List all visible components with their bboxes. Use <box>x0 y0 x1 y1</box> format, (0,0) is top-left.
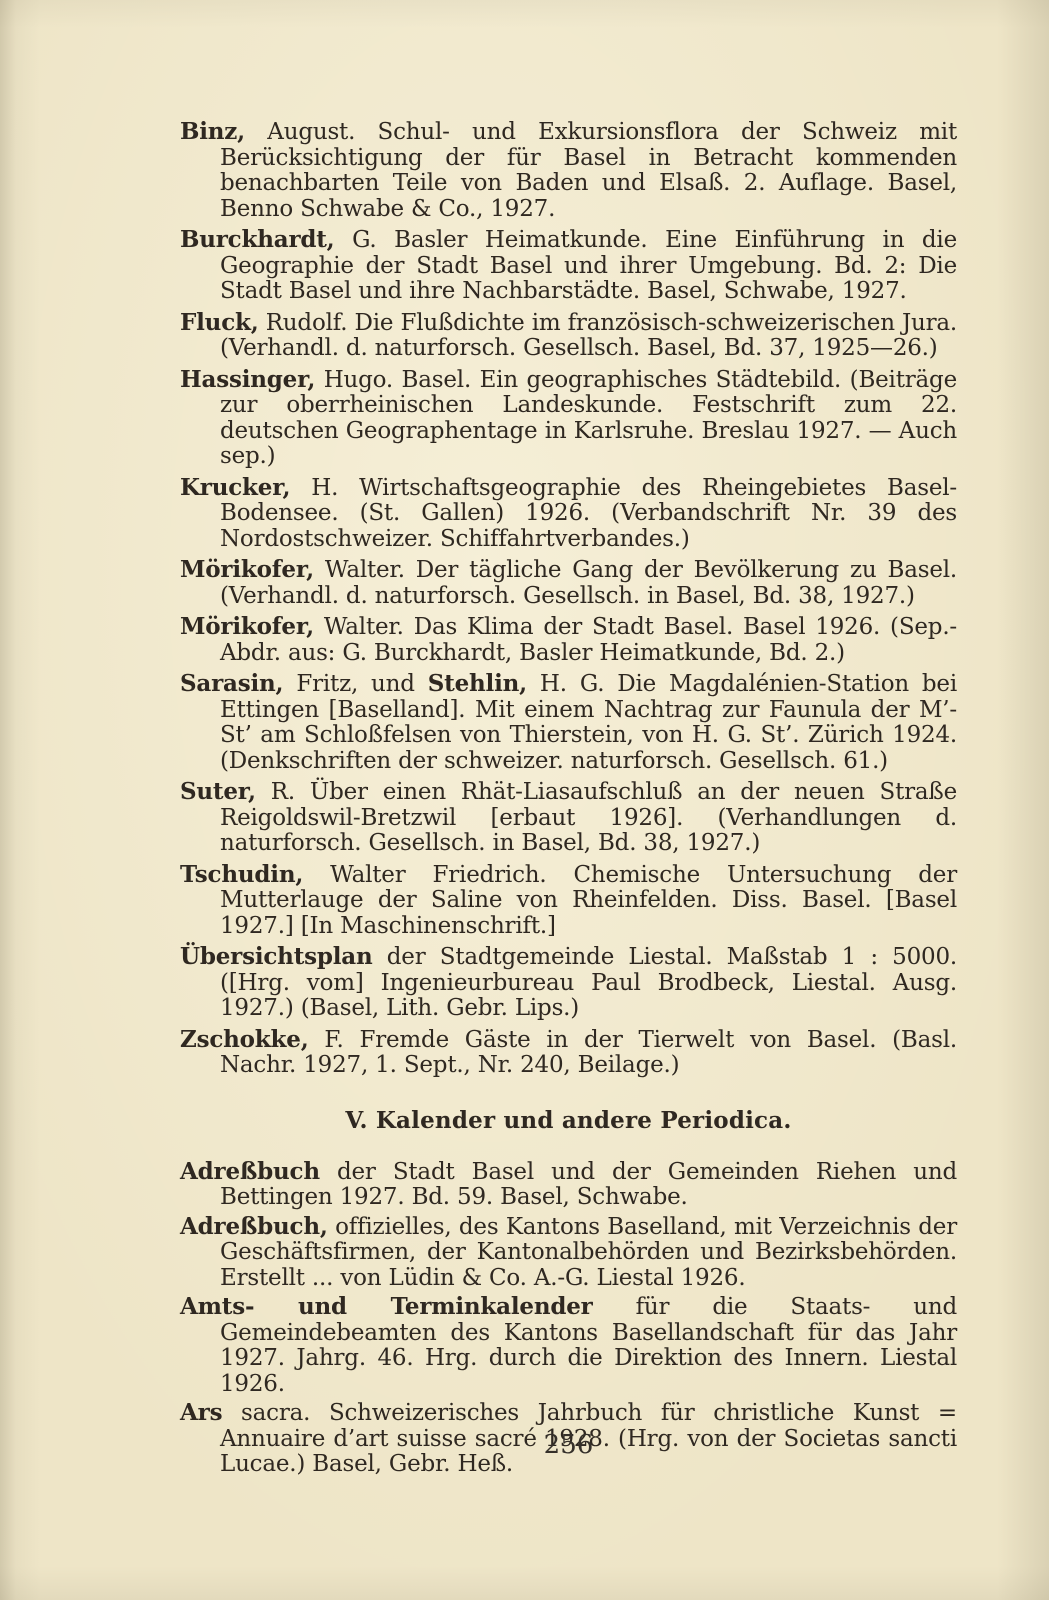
entry-text: Walter. Das Klima der Stadt Basel. Basel… <box>220 614 957 666</box>
bibliography-entry: Burckhardt, G. Basler Heimatkunde. Eine … <box>180 227 957 305</box>
bibliography-entry: Binz, August. Schul- und Exkursionsflora… <box>180 119 957 222</box>
entry-text: R. Über einen Rhät-Liasaufschluß an der … <box>220 779 957 856</box>
entry-text: offizielles, des Kantons Baselland, mit … <box>220 1214 957 1291</box>
entry-text: Walter. Der tägliche Gang der Bevölkerun… <box>220 557 957 609</box>
entry-lead: Suter, <box>180 778 256 805</box>
bibliography-entry: Sarasin, Fritz, und Stehlin, H. G. Die M… <box>180 671 957 774</box>
entry-text: Rudolf. Die Flußdichte im französisch-sc… <box>220 310 957 362</box>
bibliography-entry: Übersichtsplan der Stadtgemeinde Liestal… <box>180 944 957 1022</box>
entry-text: Hugo. Basel. Ein geographisches Städtebi… <box>220 367 957 470</box>
bibliography-entry: Amts- und Terminkalender für die Staats-… <box>180 1294 957 1397</box>
bibliography-entry: Suter, R. Über einen Rhät-Liasaufschluß … <box>180 779 957 857</box>
entry-lead: Zschokke, <box>180 1026 309 1053</box>
entry-text: F. Fremde Gäste in der Tierwelt von Base… <box>220 1027 957 1079</box>
entry-text: H. Wirtschaftsgeographie des Rheingebiet… <box>220 475 957 552</box>
entry-text: Fritz, und <box>283 671 427 697</box>
bibliography-entry: Mörikofer, Walter. Der tägliche Gang der… <box>180 557 957 609</box>
entry-lead: Sarasin, <box>180 670 283 697</box>
bibliography-entry: Fluck, Rudolf. Die Flußdichte im französ… <box>180 310 957 362</box>
entry-lead: Ars <box>180 1399 222 1426</box>
bibliography-entry: Adreßbuch der Stadt Basel und der Gemein… <box>180 1159 957 1211</box>
book-page: Binz, August. Schul- und Exkursionsflora… <box>0 0 1049 1600</box>
entry-lead: Burckhardt, <box>180 226 334 253</box>
entry-lead: Hassinger, <box>180 366 315 393</box>
bibliography-entry: Hassinger, Hugo. Basel. Ein geographisch… <box>180 367 957 470</box>
bibliography-entry: Zschokke, F. Fremde Gäste in der Tierwel… <box>180 1027 957 1079</box>
entry-lead: Krucker, <box>180 474 290 501</box>
bibliography-entry: Tschudin, Walter Friedrich. Chemische Un… <box>180 862 957 940</box>
entry-lead: Amts- und Terminkalender <box>180 1293 593 1320</box>
entry-lead: Mörikofer, <box>180 613 314 640</box>
bibliography-list-top: Binz, August. Schul- und Exkursionsflora… <box>180 119 957 1079</box>
page-number: 256 <box>180 1430 957 1460</box>
bibliography-entry: Krucker, H. Wirtschaftsgeographie des Rh… <box>180 475 957 553</box>
entry-lead: Adreßbuch, <box>180 1213 328 1240</box>
entry-lead: Tschudin, <box>180 861 303 888</box>
entry-lead: Übersichtsplan <box>180 943 373 970</box>
bibliography-entry: Mörikofer, Walter. Das Klima der Stadt B… <box>180 614 957 666</box>
entry-text: der Stadt Basel und der Gemeinden Riehen… <box>220 1159 957 1211</box>
text-block: Binz, August. Schul- und Exkursionsflora… <box>180 0 957 1481</box>
bibliography-entry: Adreßbuch, offizielles, des Kantons Base… <box>180 1214 957 1292</box>
entry-lead: Mörikofer, <box>180 556 314 583</box>
section-heading: V. Kalender und andere Periodica. <box>180 1107 957 1135</box>
entry-text: Walter Friedrich. Chemische Untersuchung… <box>220 862 957 939</box>
entry-lead: Fluck, <box>180 309 259 336</box>
entry-text: August. Schul- und Exkursionsflora der S… <box>220 119 957 222</box>
entry-lead: Adreßbuch <box>180 1158 320 1185</box>
entry-lead: Binz, <box>180 118 245 145</box>
entry-lead: Stehlin, <box>428 670 527 697</box>
